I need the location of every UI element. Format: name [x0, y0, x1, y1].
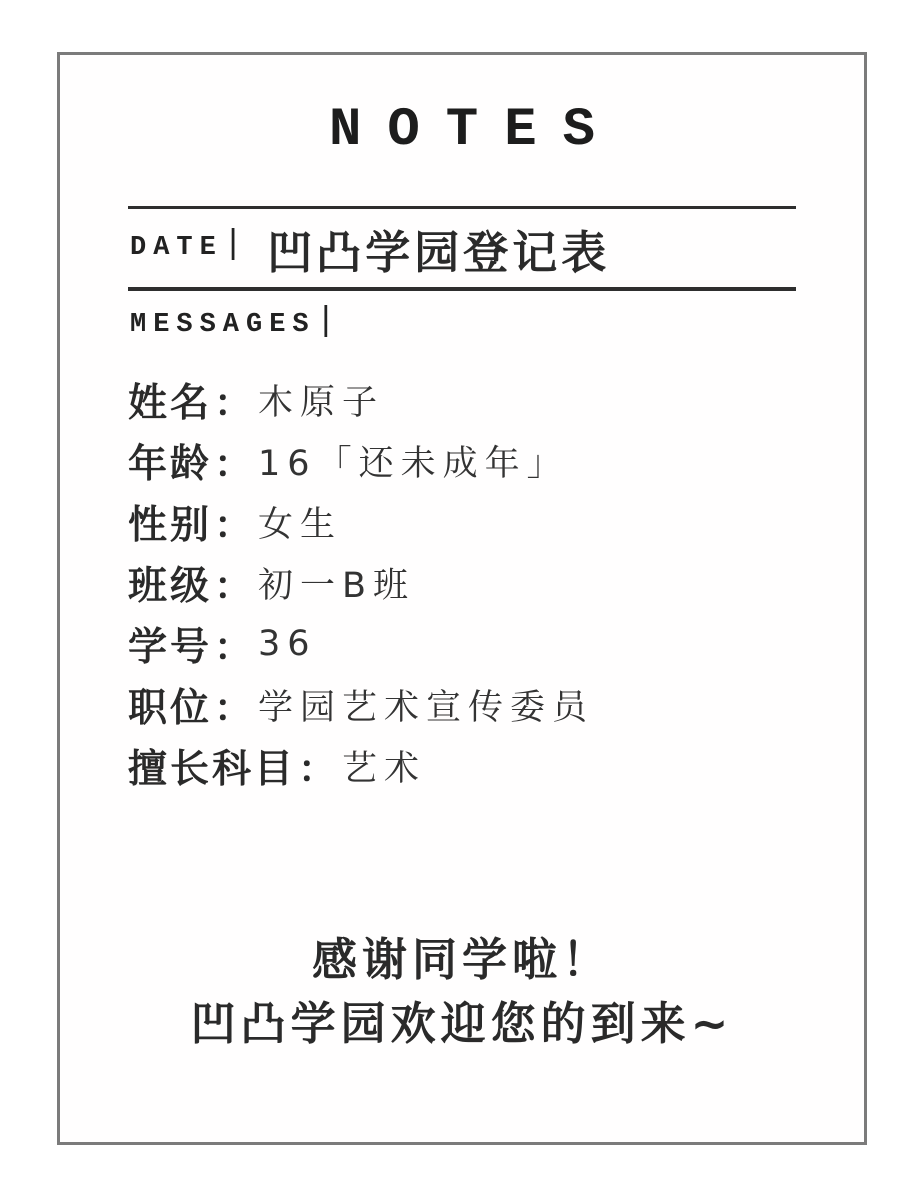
field-label: 性别: [128, 494, 212, 550]
footer-welcome-line: 凹凸学园欢迎您的到来~: [128, 992, 796, 1056]
field-colon: ：: [298, 738, 336, 793]
field-row-name: 姓名 ： 木原子: [128, 369, 796, 430]
field-value: 16「还未成年」: [258, 436, 569, 486]
field-label: 擅长科目: [128, 738, 296, 794]
field-value: 36: [258, 624, 317, 664]
messages-label: MESSAGES: [130, 310, 316, 340]
field-value: 女生: [258, 497, 342, 547]
footer-thanks-line: 感谢同学啦！: [128, 928, 796, 992]
field-colon: ：: [214, 372, 252, 427]
field-value: 初一B班: [258, 558, 415, 608]
form-title: 凹凸学园登记表: [267, 216, 610, 281]
field-colon: ：: [214, 555, 252, 610]
field-row-class: 班级 ： 初一B班: [128, 552, 796, 613]
messages-separator-bar: |: [316, 303, 336, 341]
field-value: 艺术: [342, 741, 426, 791]
field-colon: ：: [214, 494, 252, 549]
notes-card: NOTES DATE | 凹凸学园登记表 MESSAGES | 姓名 ： 木原子…: [57, 52, 867, 1145]
field-colon: ：: [214, 616, 252, 671]
field-label: 年龄: [128, 433, 212, 489]
field-row-best-subject: 擅长科目 ： 艺术: [128, 735, 796, 796]
field-label: 姓名: [128, 372, 212, 428]
date-label: DATE: [130, 233, 223, 263]
field-value: 木原子: [258, 375, 384, 425]
field-row-gender: 性别 ： 女生: [128, 491, 796, 552]
field-label: 学号: [128, 616, 212, 672]
field-colon: ：: [214, 677, 252, 732]
footer-message: 感谢同学啦！ 凹凸学园欢迎您的到来~: [128, 928, 796, 1056]
page-title: NOTES: [128, 103, 796, 159]
field-row-student-number: 学号 ： 36: [128, 613, 796, 674]
field-row-age: 年龄 ： 16「还未成年」: [128, 430, 796, 491]
divider-bottom: [128, 287, 796, 291]
date-separator-bar: |: [223, 226, 243, 264]
date-row: DATE | 凹凸学园登记表: [128, 209, 796, 287]
field-list: 姓名 ： 木原子 年龄 ： 16「还未成年」 性别 ： 女生 班级 ： 初一B班…: [128, 369, 796, 796]
field-label: 职位: [128, 677, 212, 733]
field-label: 班级: [128, 555, 212, 611]
field-row-position: 职位 ： 学园艺术宣传委员: [128, 674, 796, 735]
field-value: 学园艺术宣传委员: [258, 680, 594, 730]
field-colon: ：: [214, 433, 252, 488]
messages-row: MESSAGES |: [128, 299, 796, 351]
